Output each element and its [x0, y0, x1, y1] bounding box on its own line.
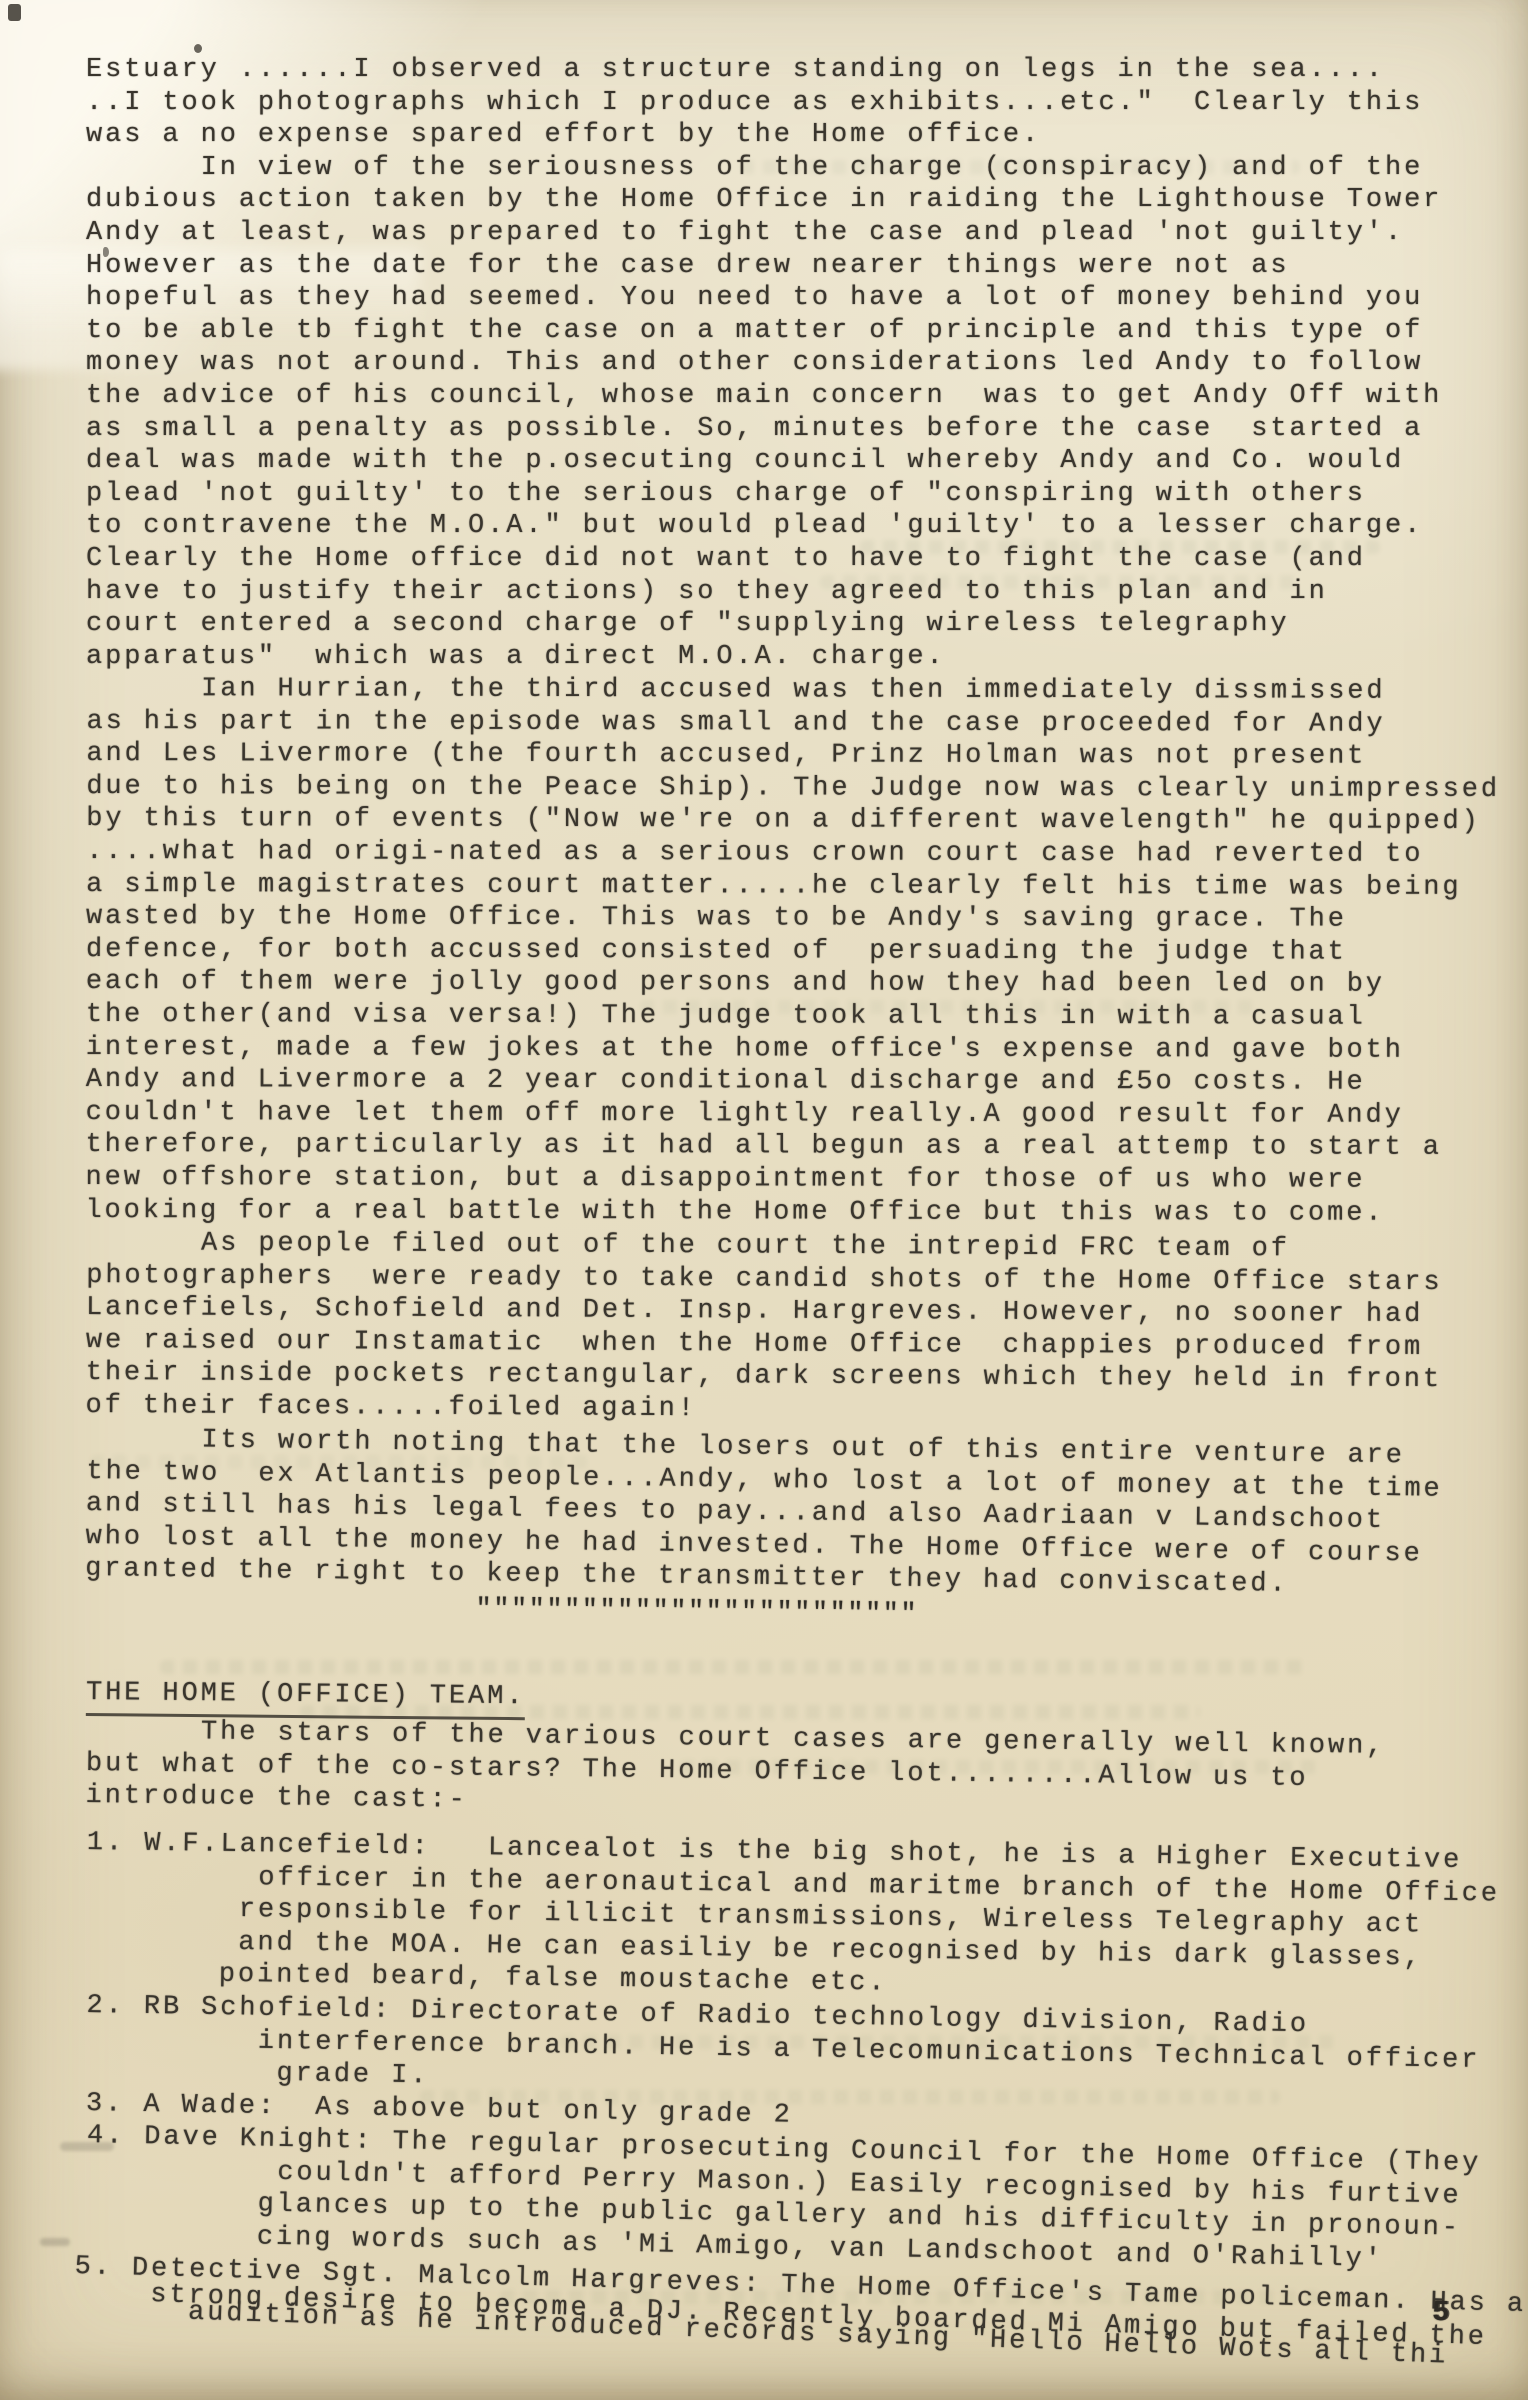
- text-line: Andy and Livermore a 2 year conditional …: [86, 1064, 1528, 1100]
- text-line: each of them were jolly good persons and…: [86, 967, 1528, 1003]
- text-line: and Les Livermore (the fourth accused, P…: [86, 738, 1528, 774]
- text-line: money was not around. This and other con…: [86, 347, 1528, 380]
- paragraph-photographers: As people filed out of the court the int…: [85, 1227, 1528, 1430]
- text-line: Andy at least, was prepared to fight the…: [86, 217, 1528, 250]
- text-line: as his part in the episode was small and…: [86, 706, 1528, 742]
- text-line: the advice of his council, whose main co…: [86, 380, 1528, 413]
- text-line: therefore, particularly as it had all be…: [86, 1130, 1528, 1166]
- text-line: have to justify their actions) so they a…: [86, 576, 1528, 609]
- text-line: defence, for both accussed consisted of …: [86, 934, 1528, 970]
- text-line: interest, made a few jokes at the home o…: [86, 1032, 1528, 1068]
- text-line: hopeful as they had seemed. You need to …: [86, 282, 1528, 315]
- ink-speck: [8, 4, 21, 21]
- ink-smudge: [40, 2238, 70, 2246]
- text-line: court entered a second charge of "supply…: [86, 608, 1528, 641]
- text-line: a simple magistrates court matter.....he…: [86, 869, 1528, 905]
- ink-speck: [194, 44, 202, 53]
- text-line: wasted by the Home Office. This was to b…: [86, 901, 1528, 937]
- text-line: Clearly the Home office did not want to …: [86, 543, 1528, 576]
- team-intro-paragraph: The stars of the various court cases are…: [85, 1715, 1528, 1831]
- page-number: 5: [1431, 2296, 1450, 2330]
- text-line: looking for a real battle with the Home …: [85, 1195, 1528, 1231]
- document-page: Estuary ......I observed a structure sta…: [0, 0, 1528, 2400]
- text-line: new offshore station, but a disappointme…: [85, 1162, 1528, 1198]
- paragraph-plea-deal: In view of the seriousness of the charge…: [86, 152, 1528, 674]
- paragraph-judge-verdict: Ian Hurrian, the third accused was then …: [85, 673, 1528, 1230]
- text-line: dubious action taken by the Home Office …: [86, 184, 1528, 217]
- text-line: ..I took photographs which I produce as …: [86, 87, 1528, 120]
- text-line: deal was made with the p.osecuting counc…: [86, 445, 1528, 478]
- text-line: apparatus" which was a direct M.O.A. cha…: [86, 641, 1528, 674]
- text-line: In view of the seriousness of the charge…: [86, 152, 1528, 185]
- paragraph-court-exhibits: Estuary ......I observed a structure sta…: [86, 54, 1528, 152]
- paragraph-losers: Its worth noting that the losers out of …: [85, 1423, 1528, 1605]
- text-line: to contravene the M.O.A." but would plea…: [86, 510, 1528, 543]
- text-line: Ian Hurrian, the third accused was then …: [87, 673, 1528, 709]
- text-line: Estuary ......I observed a structure sta…: [86, 54, 1528, 87]
- text-line: couldn't have let them off more lightly …: [86, 1097, 1528, 1133]
- cast-item-knight: 4. Dave Knight: The regular prosecuting …: [85, 2120, 1528, 2280]
- section-heading: THE HOME (OFFICE) TEAM.: [86, 1677, 526, 1720]
- text-line: plead 'not guilty' to the serious charge…: [86, 478, 1528, 511]
- text-line: ....what had origi-nated as a serious cr…: [86, 836, 1528, 872]
- text-line: was a no expense spared effort by the Ho…: [86, 119, 1528, 152]
- text-line: to be able tb fight the case on a matter…: [86, 315, 1528, 348]
- text-line: by this turn of events ("Now we're on a …: [86, 804, 1528, 840]
- text-line: the other(and visa versa!) The judge too…: [86, 999, 1528, 1035]
- typewritten-text-column: Estuary ......I observed a structure sta…: [86, 54, 1528, 2331]
- text-line: However as the date for the case drew ne…: [86, 250, 1528, 283]
- text-line: due to his being on the Peace Ship). The…: [86, 771, 1528, 807]
- text-line: as small a penalty as possible. So, minu…: [86, 413, 1528, 446]
- cast-item-lancefield: 1. W.F.Lancefield: Lancealot is the big …: [85, 1827, 1528, 2009]
